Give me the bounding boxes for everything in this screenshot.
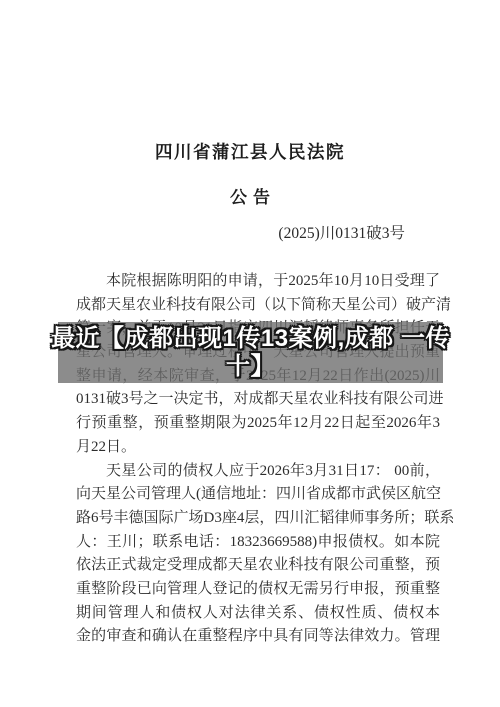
document-line: 天星公司的债权人应于2026年3月31日17： 00前，: [76, 460, 440, 484]
announcement-page: 四川省蒲江县人民法院 公告 (2025)川0131破3号 本院根据陈明阳的申请，…: [0, 0, 500, 707]
document-line: 依法正式裁定受理成都天星农业科技有限公司重整，预: [76, 554, 440, 578]
document-line: 期间管理人和债权人对法律关系、债权性质、债权本: [76, 602, 440, 626]
document-line: 月22日。: [76, 436, 440, 460]
document-line: 0131破3号之一决定书，对成都天星农业科技有限公司进: [76, 388, 440, 412]
document-line: 重整阶段已向管理人登记的债权无需另行申报，预重整: [76, 578, 440, 602]
document-line: 成都天星农业科技有限公司（以下简称天星公司）破产清: [76, 294, 440, 318]
caption-overlay-band: 最近【成都出现1传13案例,成都 一传十】: [58, 322, 443, 383]
court-title: 四川省蒲江县人民法院: [0, 139, 500, 164]
document-line: 本院根据陈明阳的申请，于2025年10月10日受理了: [76, 270, 440, 294]
document-line: 向天星公司管理人(通信地址：四川省成都市武侯区航空: [76, 483, 440, 507]
caption-text-line: 十】: [226, 353, 275, 381]
document-line: 行预重整，预重整期限为2025年12月22日起至2026年3: [76, 412, 440, 436]
case-number: (2025)川0131破3号: [278, 221, 405, 243]
caption-text-line: 最近【成都出现1传13案例,成都 一传: [51, 325, 450, 353]
document-line: 金的审查和确认在重整程序中具有同等法律效力。管理: [76, 625, 440, 649]
document-line: 路6号丰德国际广场D3座4层，四川汇韬律师事务所；联系: [76, 507, 440, 531]
document-line: 人：王川；联系电话：18323669588)申报债权。如本院: [76, 531, 440, 555]
document-type-heading: 公告: [0, 183, 500, 208]
